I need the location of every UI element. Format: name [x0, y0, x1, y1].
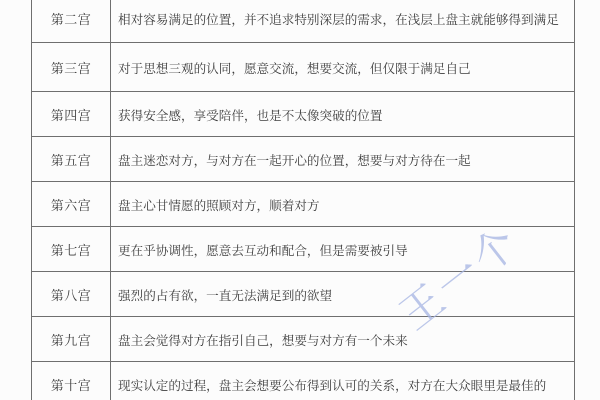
house-label-cell: 第四宫 [32, 92, 111, 136]
house-label-cell: 第七宫 [32, 227, 111, 271]
table-row: 第七宫更在乎协调性，愿意去互动和配合，但是需要被引导 [32, 227, 574, 272]
table-row: 第二宫相对容易满足的位置，并不追求特别深层的需求，在浅层上盘主就能够得到满足 [32, 0, 574, 43]
description-cell: 对于思想三观的认同，愿意交流，想要交流，但仅限于满足自己 [111, 43, 574, 91]
table-row: 第八宫强烈的占有欲，一直无法满足到的欲望 [32, 272, 574, 317]
table-row: 第九宫盘主会觉得对方在指引自己，想要与对方有一个未来 [32, 317, 574, 362]
table-row: 第三宫对于思想三观的认同，愿意交流，想要交流，但仅限于满足自己 [32, 43, 574, 92]
description-cell: 盘主迷恋对方，与对方在一起开心的位置，想要与对方待在一起 [111, 137, 574, 181]
description-cell: 相对容易满足的位置，并不追求特别深层的需求，在浅层上盘主就能够得到满足 [111, 0, 574, 42]
table-row: 第五宫盘主迷恋对方，与对方在一起开心的位置，想要与对方待在一起 [32, 137, 574, 182]
description-cell: 现实认定的过程，盘主会想要公布得到认可的关系，对方在大众眼里是最佳的 [111, 362, 574, 400]
table-row: 第四宫获得安全感，享受陪伴，也是不太像突破的位置 [32, 92, 574, 137]
house-label-cell: 第九宫 [32, 317, 111, 361]
house-meanings-table: 第二宫相对容易满足的位置，并不追求特别深层的需求，在浅层上盘主就能够得到满足第三… [31, 0, 575, 400]
table-row: 第六宫盘主心甘情愿的照顾对方，顺着对方 [32, 182, 574, 227]
house-label-cell: 第三宫 [32, 43, 111, 91]
description-cell: 盘主会觉得对方在指引自己，想要与对方有一个未来 [111, 317, 574, 361]
house-label-cell: 第八宫 [32, 272, 111, 316]
table-row: 第十宫现实认定的过程，盘主会想要公布得到认可的关系，对方在大众眼里是最佳的 [32, 362, 574, 400]
description-cell: 强烈的占有欲，一直无法满足到的欲望 [111, 272, 574, 316]
house-label-cell: 第二宫 [32, 0, 111, 42]
description-cell: 盘主心甘情愿的照顾对方，顺着对方 [111, 182, 574, 226]
house-label-cell: 第六宫 [32, 182, 111, 226]
description-cell: 更在乎协调性，愿意去互动和配合，但是需要被引导 [111, 227, 574, 271]
house-label-cell: 第十宫 [32, 362, 111, 400]
description-cell: 获得安全感，享受陪伴，也是不太像突破的位置 [111, 92, 574, 136]
house-label-cell: 第五宫 [32, 137, 111, 181]
